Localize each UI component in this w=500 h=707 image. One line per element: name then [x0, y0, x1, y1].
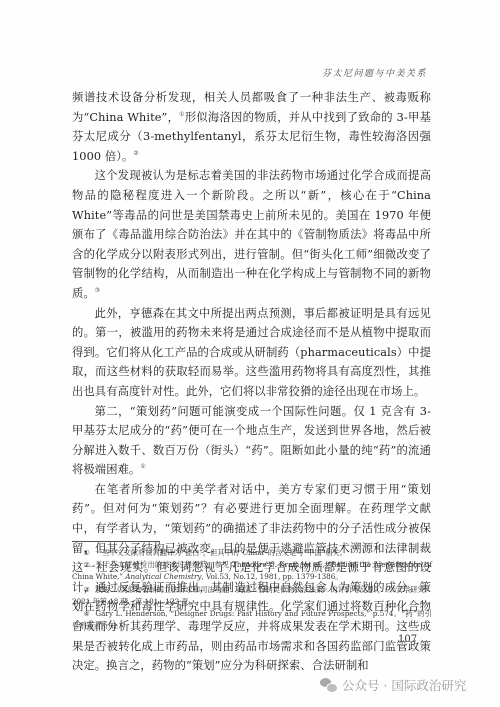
footnote-4: ④Gary L. Henderson, “Designer Drugs: Pas…: [72, 608, 432, 632]
footnotes: ①一些中文文献将该词翻译为“瓷白”，但其中的“China”的含义是与“中国”相关…: [72, 547, 432, 632]
watermark-text: 公众号 · 国际政治研究: [342, 676, 466, 694]
document-page: 芬太尼问题与中美关系 频谱技术设备分析发现，相关人员都吸食了一种非法生产、被毒贩…: [0, 0, 500, 707]
footnote-1: ①一些中文文献将该词翻译为“瓷白”，但其中的“China”的含义是与“中国”相关…: [72, 547, 432, 559]
paragraph-1: 频谱技术设备分析发现，相关人员都吸食了一种非法生产、被毒贩称为“China Wh…: [72, 88, 431, 166]
footnote-3: ③敖迪：《类似物管制的立法诉求和司法功能：美国〈管制类似物执法法案〉的评价与反思…: [72, 584, 432, 608]
wechat-icon: [320, 678, 338, 692]
paragraph-4: 第二，“策划药”问题可能演变成一个国际性问题。仅 1 克含有 3-甲基芬太尼成分…: [72, 402, 431, 480]
running-header: 芬太尼问题与中美关系: [322, 66, 427, 79]
footnote-ref[interactable]: ①: [140, 464, 145, 471]
footnote-divider: [72, 541, 160, 542]
footnote-2: ②关于芬太尼被检出的技术过程细节，参见 Theodore C. Kram, et…: [72, 559, 432, 583]
watermark: 公众号 · 国际政治研究: [320, 676, 466, 694]
footnote-ref[interactable]: ②: [133, 150, 138, 157]
footnote-ref[interactable]: ③: [95, 287, 100, 294]
paragraph-3: 此外，亨德森在其文中所提出两点预测，事后都被证明是具有远见的。第一，被滥用的药物…: [72, 304, 431, 402]
paragraph-2: 这个发现被认为是标志着美国的非法药物市场通过化学合成而提高物品的隐秘程度进入一个…: [72, 166, 431, 303]
page-number: 107: [398, 634, 417, 645]
